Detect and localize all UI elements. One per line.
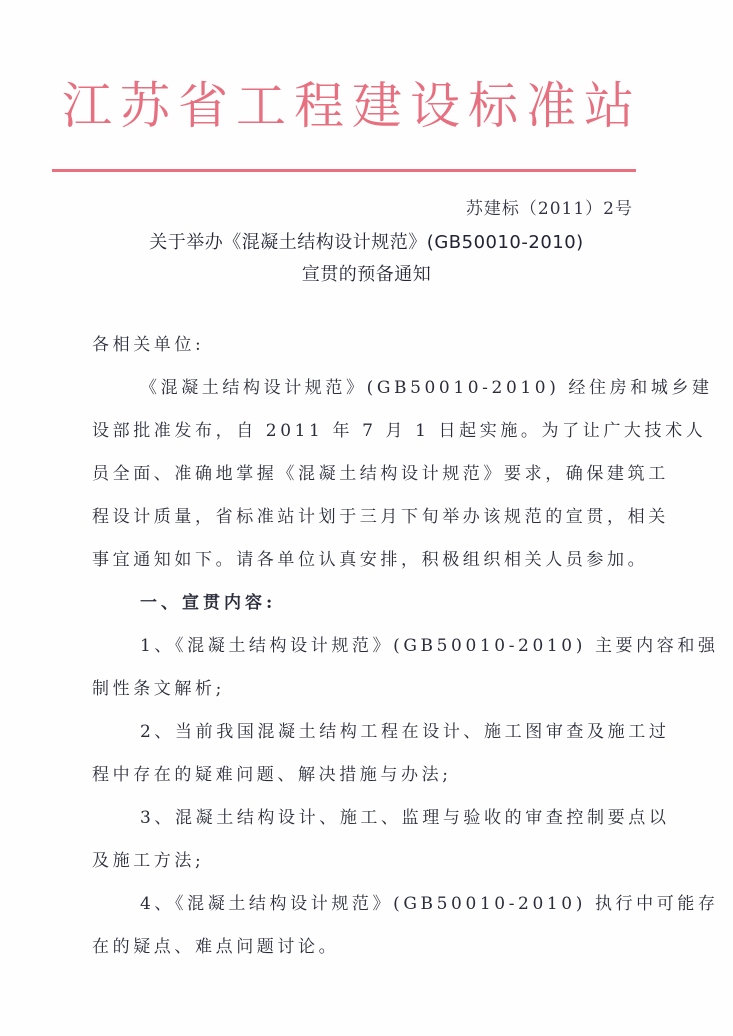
intro-line: 程设计质量，省标准站计划于三月下旬举办该规范的宣贯，相关 [92,502,652,532]
document-page: 江 苏 省 工 程 建 设 标 准 站 苏建标（2011）2号 关于举办《混凝土… [0,0,733,1036]
letterhead-char: 标 [464,70,522,142]
list-item-line: 1、《混凝土结构设计规范》(GB50010-2010) 主要内容和强 [140,631,652,661]
letterhead-char: 苏 [116,70,174,142]
intro-line: 《混凝土结构设计规范》(GB50010-2010) 经住房和城乡建 [140,373,652,403]
list-item-line: 及施工方法; [92,846,652,876]
intro-line: 设部批准发布，自 2011 年 7 月 1 日起实施。为了让广大技术人 [92,416,652,446]
letterhead-char: 工 [232,70,290,142]
intro-line: 员全面、准确地掌握《混凝土结构设计规范》要求，确保建筑工 [92,459,652,489]
salutation: 各相关单位: [92,330,652,360]
list-item-line: 在的疑点、难点问题讨论。 [92,932,652,962]
letterhead-char: 省 [174,70,232,142]
letterhead-char: 江 [58,70,116,142]
letterhead-char: 程 [290,70,348,142]
letterhead-divider [52,169,636,172]
letterhead-char: 建 [348,70,406,142]
list-item-line: 4、《混凝土结构设计规范》(GB50010-2010) 执行中可能存 [140,889,652,919]
letterhead-title: 江 苏 省 工 程 建 设 标 准 站 [58,70,638,142]
letterhead-char: 设 [406,70,464,142]
list-item-line: 3、混凝土结构设计、施工、监理与验收的审查控制要点以 [140,803,652,833]
list-item-line: 制性条文解析; [92,674,652,704]
intro-line: 事宜通知如下。请各单位认真安排，积极组织相关人员参加。 [92,545,652,575]
document-number: 苏建标（2011）2号 [466,196,633,222]
document-title-line-2: 宣贯的预备通知 [0,260,733,286]
letterhead-char: 站 [580,70,638,142]
list-item-line: 2、当前我国混凝土结构工程在设计、施工图审查及施工过 [140,717,652,747]
letterhead-char: 准 [522,70,580,142]
section-heading: 一、宣贯内容: [140,588,652,618]
list-item-line: 程中存在的疑难问题、解决措施与办法; [92,760,652,790]
document-title-line-1: 关于举办《混凝土结构设计规范》(GB50010-2010) [0,228,733,254]
